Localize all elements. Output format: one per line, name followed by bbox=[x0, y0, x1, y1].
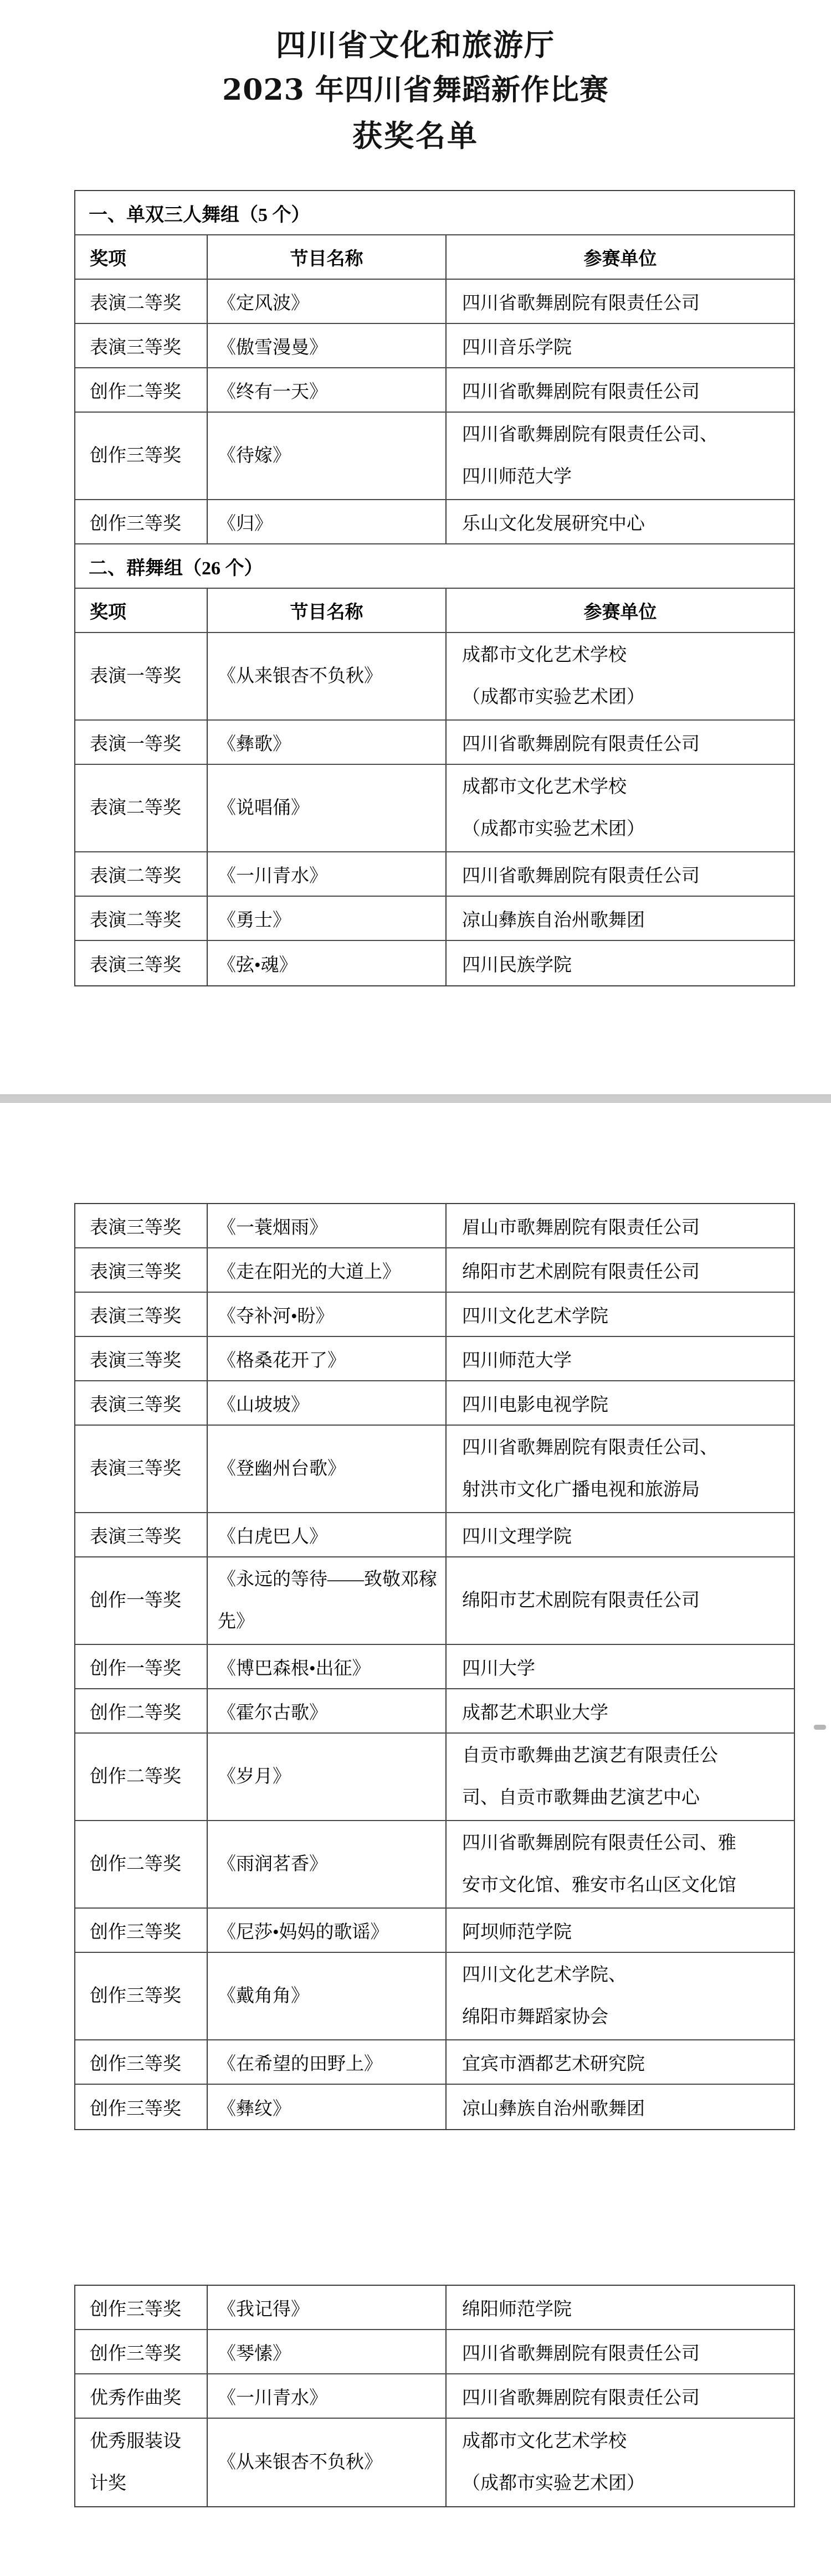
org-cell: 乐山文化发展研究中心 bbox=[447, 500, 794, 543]
title-cell: 《归》 bbox=[208, 500, 447, 543]
award-cell: 创作一等奖 bbox=[75, 1557, 208, 1644]
title-cell: 《雨润茗香》 bbox=[208, 1821, 447, 1907]
org-cell: 四川省歌舞剧院有限责任公司 bbox=[447, 368, 794, 412]
table-row: 创作三等奖《戴角角》四川文化艺术学院、绵阳市舞蹈家协会 bbox=[75, 1953, 794, 2040]
title-cell: 《我记得》 bbox=[208, 2286, 447, 2329]
org-cell: 四川省歌舞剧院有限责任公司、射洪市文化广播电视和旅游局 bbox=[447, 1426, 794, 1512]
award-cell: 优秀作曲奖 bbox=[75, 2374, 208, 2418]
org-cell: 四川师范大学 bbox=[447, 1337, 794, 1380]
table-row: 创作一等奖《博巴森根•出征》四川大学 bbox=[75, 1645, 794, 1689]
org-line: 四川音乐学院 bbox=[462, 333, 572, 359]
table-row: 优秀服装设计奖《从来银杏不负秋》成都市文化艺术学校（成都市实验艺术团） bbox=[75, 2419, 794, 2506]
org-cell: 绵阳师范学院 bbox=[447, 2286, 794, 2329]
column-header-row: 奖项节目名称参赛单位 bbox=[75, 589, 794, 633]
award-cell: 创作二等奖 bbox=[75, 1689, 208, 1732]
org-cell: 凉山彝族自治州歌舞团 bbox=[447, 2085, 794, 2129]
org-cell: 四川音乐学院 bbox=[447, 324, 794, 367]
org-cell: 成都市文化艺术学校（成都市实验艺术团） bbox=[447, 2419, 794, 2506]
org-line: 阿坝师范学院 bbox=[462, 1917, 572, 1943]
award-cell: 表演三等奖 bbox=[75, 1293, 208, 1336]
org-cell: 四川大学 bbox=[447, 1645, 794, 1688]
org-cell: 四川省歌舞剧院有限责任公司 bbox=[447, 721, 794, 764]
award-cell: 表演二等奖 bbox=[75, 280, 208, 323]
title-cell: 《终有一天》 bbox=[208, 368, 447, 412]
org-line: 凉山彝族自治州歌舞团 bbox=[462, 906, 645, 932]
title-cell: 《格桑花开了》 bbox=[208, 1337, 447, 1380]
title-cell: 《定风波》 bbox=[208, 280, 447, 323]
title-cell: 《傲雪漫曼》 bbox=[208, 324, 447, 367]
award-cell: 创作三等奖 bbox=[75, 2286, 208, 2329]
org-cell: 四川民族学院 bbox=[447, 941, 794, 985]
org-cell: 四川文化艺术学院 bbox=[447, 1293, 794, 1336]
title-cell: 《从来银杏不负秋》 bbox=[208, 633, 447, 719]
table-row: 创作二等奖《霍尔古歌》成都艺术职业大学 bbox=[75, 1689, 794, 1734]
title-cell: 《在希望的田野上》 bbox=[208, 2040, 447, 2084]
table-row: 表演一等奖《彝歌》四川省歌舞剧院有限责任公司 bbox=[75, 721, 794, 765]
org-cell: 四川省歌舞剧院有限责任公司 bbox=[447, 852, 794, 896]
org-cell: 眉山市歌舞剧院有限责任公司 bbox=[447, 1204, 794, 1247]
table-row: 表演二等奖《定风波》四川省歌舞剧院有限责任公司 bbox=[75, 280, 794, 324]
title-cell: 《琴愫》 bbox=[208, 2330, 447, 2373]
org-cell: 四川省歌舞剧院有限责任公司、雅安市文化馆、雅安市名山区文化馆 bbox=[447, 1821, 794, 1907]
column-header-org: 参赛单位 bbox=[447, 235, 794, 279]
org-line: 凉山彝族自治州歌舞团 bbox=[462, 2094, 645, 2120]
org-cell: 成都市文化艺术学校（成都市实验艺术团） bbox=[447, 765, 794, 851]
table-row: 表演三等奖《山坡坡》四川电影电视学院 bbox=[75, 1381, 794, 1426]
column-header-org: 参赛单位 bbox=[447, 589, 794, 632]
award-cell: 表演二等奖 bbox=[75, 852, 208, 896]
award-cell: 创作三等奖 bbox=[75, 1909, 208, 1952]
org-line: 四川省歌舞剧院有限责任公司 bbox=[462, 729, 700, 755]
org-line: 四川民族学院 bbox=[462, 950, 572, 976]
org-cell: 四川文化艺术学院、绵阳市舞蹈家协会 bbox=[447, 1953, 794, 2039]
org-cell: 绵阳市艺术剧院有限责任公司 bbox=[447, 1557, 794, 1644]
org-cell: 成都市文化艺术学校（成都市实验艺术团） bbox=[447, 633, 794, 719]
org-line: 射洪市文化广播电视和旅游局 bbox=[462, 1469, 700, 1511]
title-cell: 《尼莎•妈妈的歌谣》 bbox=[208, 1909, 447, 1952]
column-header-award: 奖项 bbox=[75, 589, 208, 632]
org-line: 四川省歌舞剧院有限责任公司 bbox=[462, 377, 700, 403]
org-line: 安市文化馆、雅安市名山区文化馆 bbox=[462, 1864, 736, 1906]
table-row: 创作三等奖《琴愫》四川省歌舞剧院有限责任公司 bbox=[75, 2330, 794, 2374]
org-line: 绵阳市艺术剧院有限责任公司 bbox=[462, 1580, 700, 1622]
award-cell: 创作三等奖 bbox=[75, 1953, 208, 2039]
award-cell: 表演三等奖 bbox=[75, 1381, 208, 1425]
org-cell: 四川省歌舞剧院有限责任公司、四川师范大学 bbox=[447, 413, 794, 499]
org-line: 四川省歌舞剧院有限责任公司 bbox=[462, 2383, 700, 2409]
awards-table-page-3: 创作三等奖《我记得》绵阳师范学院创作三等奖《琴愫》四川省歌舞剧院有限责任公司优秀… bbox=[74, 2285, 795, 2507]
award-cell: 表演三等奖 bbox=[75, 1204, 208, 1247]
award-cell: 创作三等奖 bbox=[75, 2085, 208, 2129]
award-cell: 表演三等奖 bbox=[75, 1426, 208, 1512]
org-line: 四川省歌舞剧院有限责任公司、 bbox=[462, 414, 718, 456]
award-cell: 表演三等奖 bbox=[75, 324, 208, 367]
table-row: 表演三等奖《白虎巴人》四川文理学院 bbox=[75, 1513, 794, 1557]
table-row: 创作三等奖《归》乐山文化发展研究中心 bbox=[75, 500, 794, 544]
title-cell: 《一川青水》 bbox=[208, 2374, 447, 2418]
org-line: （成都市实验艺术团） bbox=[462, 808, 645, 850]
table-row: 表演一等奖《从来银杏不负秋》成都市文化艺术学校（成都市实验艺术团） bbox=[75, 633, 794, 721]
award-cell: 创作二等奖 bbox=[75, 368, 208, 412]
table-row: 表演三等奖《走在阳光的大道上》绵阳市艺术剧院有限责任公司 bbox=[75, 1248, 794, 1293]
org-line: 宜宾市酒都艺术研究院 bbox=[462, 2049, 645, 2075]
award-cell: 创作二等奖 bbox=[75, 1821, 208, 1907]
org-cell: 四川省歌舞剧院有限责任公司 bbox=[447, 280, 794, 323]
award-cell: 创作三等奖 bbox=[75, 500, 208, 543]
org-line: 四川省歌舞剧院有限责任公司 bbox=[462, 861, 700, 887]
award-cell: 创作三等奖 bbox=[75, 413, 208, 499]
section-heading-row: 二、群舞组（26 个） bbox=[75, 544, 794, 589]
org-cell: 四川省歌舞剧院有限责任公司 bbox=[447, 2330, 794, 2373]
table-row: 表演三等奖《夺补河•盼》四川文化艺术学院 bbox=[75, 1293, 794, 1337]
table-row: 创作二等奖《雨润茗香》四川省歌舞剧院有限责任公司、雅安市文化馆、雅安市名山区文化… bbox=[75, 1821, 794, 1909]
document-title: 四川省文化和旅游厅 2023 年四川省舞蹈新作比赛 获奖名单 bbox=[0, 22, 831, 158]
awards-table-page-1: 一、单双三人舞组（5 个）奖项节目名称参赛单位表演二等奖《定风波》四川省歌舞剧院… bbox=[74, 190, 795, 986]
title-cell: 《戴角角》 bbox=[208, 1953, 447, 2039]
award-cell: 表演三等奖 bbox=[75, 1248, 208, 1292]
org-line: 绵阳市舞蹈家协会 bbox=[462, 1996, 608, 2038]
award-cell: 表演三等奖 bbox=[75, 1337, 208, 1380]
title-cell: 《一川青水》 bbox=[208, 852, 447, 896]
title-cell: 《从来银杏不负秋》 bbox=[208, 2419, 447, 2506]
org-cell: 四川文理学院 bbox=[447, 1513, 794, 1556]
title-cell: 《勇士》 bbox=[208, 897, 447, 940]
section-heading: 二、群舞组（26 个） bbox=[89, 553, 263, 580]
section-heading: 一、单双三人舞组（5 个） bbox=[89, 199, 310, 227]
award-cell: 表演二等奖 bbox=[75, 765, 208, 851]
org-line: 乐山文化发展研究中心 bbox=[462, 509, 645, 535]
org-line: 四川省歌舞剧院有限责任公司、雅 bbox=[462, 1822, 736, 1864]
org-cell: 四川电影电视学院 bbox=[447, 1381, 794, 1425]
org-line: 自贡市歌舞曲艺演艺有限责任公 bbox=[462, 1735, 718, 1777]
title-cell: 《说唱俑》 bbox=[208, 765, 447, 851]
table-row: 创作二等奖《岁月》自贡市歌舞曲艺演艺有限责任公司、自贡市歌舞曲艺演艺中心 bbox=[75, 1734, 794, 1821]
title-cell: 《山坡坡》 bbox=[208, 1381, 447, 1425]
org-line: 四川省歌舞剧院有限责任公司 bbox=[462, 2339, 700, 2365]
title-cell: 《走在阳光的大道上》 bbox=[208, 1248, 447, 1292]
column-header-title: 节目名称 bbox=[208, 589, 447, 632]
award-cell: 表演一等奖 bbox=[75, 633, 208, 719]
title-cell: 《弦•魂》 bbox=[208, 941, 447, 985]
title-cell: 《彝歌》 bbox=[208, 721, 447, 764]
org-line: （成都市实验艺术团） bbox=[462, 2462, 645, 2505]
org-line: 四川师范大学 bbox=[462, 456, 572, 498]
award-cell: 表演三等奖 bbox=[75, 941, 208, 985]
table-row: 表演二等奖《一川青水》四川省歌舞剧院有限责任公司 bbox=[75, 852, 794, 897]
table-row: 创作三等奖《彝纹》凉山彝族自治州歌舞团 bbox=[75, 2085, 794, 2129]
section-heading-row: 一、单双三人舞组（5 个） bbox=[75, 191, 794, 235]
award-cell: 表演三等奖 bbox=[75, 1513, 208, 1556]
title-cell: 《霍尔古歌》 bbox=[208, 1689, 447, 1732]
document: 四川省文化和旅游厅 2023 年四川省舞蹈新作比赛 获奖名单 一、单双三人舞组（… bbox=[0, 0, 831, 2576]
award-cell: 表演一等奖 bbox=[75, 721, 208, 764]
table-row: 创作一等奖《永远的等待——致敬邓稼先》绵阳市艺术剧院有限责任公司 bbox=[75, 1557, 794, 1645]
title-cell: 《登幽州台歌》 bbox=[208, 1426, 447, 1512]
table-row: 创作三等奖《待嫁》四川省歌舞剧院有限责任公司、四川师范大学 bbox=[75, 413, 794, 500]
org-line: 成都艺术职业大学 bbox=[462, 1698, 608, 1724]
table-row: 创作三等奖《我记得》绵阳师范学院 bbox=[75, 2286, 794, 2330]
org-cell: 自贡市歌舞曲艺演艺有限责任公司、自贡市歌舞曲艺演艺中心 bbox=[447, 1734, 794, 1820]
award-cell: 创作三等奖 bbox=[75, 2040, 208, 2084]
org-cell: 宜宾市酒都艺术研究院 bbox=[447, 2040, 794, 2084]
award-cell: 优秀服装设计奖 bbox=[75, 2419, 208, 2506]
org-line: 四川文理学院 bbox=[462, 1522, 572, 1548]
table-row: 表演三等奖《弦•魂》四川民族学院 bbox=[75, 941, 794, 985]
org-cell: 四川省歌舞剧院有限责任公司 bbox=[447, 2374, 794, 2418]
title-line-1: 四川省文化和旅游厅 bbox=[0, 22, 831, 68]
org-line: 成都市文化艺术学校 bbox=[462, 634, 627, 676]
org-line: 绵阳市艺术剧院有限责任公司 bbox=[462, 1257, 700, 1283]
award-cell: 创作二等奖 bbox=[75, 1734, 208, 1820]
column-header-title: 节目名称 bbox=[208, 235, 447, 279]
title-cell: 《岁月》 bbox=[208, 1734, 447, 1820]
org-line: （成都市实验艺术团） bbox=[462, 676, 645, 718]
title-cell: 《彝纹》 bbox=[208, 2085, 447, 2129]
table-row: 表演三等奖《傲雪漫曼》四川音乐学院 bbox=[75, 324, 794, 368]
title-cell: 《夺补河•盼》 bbox=[208, 1293, 447, 1336]
page-break-divider bbox=[0, 1094, 831, 1103]
table-row: 表演三等奖《一蓑烟雨》眉山市歌舞剧院有限责任公司 bbox=[75, 1204, 794, 1248]
table-row: 表演三等奖《登幽州台歌》四川省歌舞剧院有限责任公司、射洪市文化广播电视和旅游局 bbox=[75, 1426, 794, 1513]
table-row: 表演三等奖《格桑花开了》四川师范大学 bbox=[75, 1337, 794, 1381]
org-line: 四川省歌舞剧院有限责任公司、 bbox=[462, 1427, 718, 1469]
org-cell: 阿坝师范学院 bbox=[447, 1909, 794, 1952]
awards-table-page-2: 表演三等奖《一蓑烟雨》眉山市歌舞剧院有限责任公司表演三等奖《走在阳光的大道上》绵… bbox=[74, 1203, 795, 2130]
table-row: 表演二等奖《说唱俑》成都市文化艺术学校（成都市实验艺术团） bbox=[75, 765, 794, 852]
title-cell: 《白虎巴人》 bbox=[208, 1513, 447, 1556]
org-line: 四川省歌舞剧院有限责任公司 bbox=[462, 289, 700, 315]
org-line: 成都市文化艺术学校 bbox=[462, 2420, 627, 2462]
org-line: 四川师范大学 bbox=[462, 1346, 572, 1372]
table-row: 优秀作曲奖《一川青水》四川省歌舞剧院有限责任公司 bbox=[75, 2374, 794, 2419]
org-cell: 凉山彝族自治州歌舞团 bbox=[447, 897, 794, 940]
title-cell: 《待嫁》 bbox=[208, 413, 447, 499]
title-cell: 《博巴森根•出征》 bbox=[208, 1645, 447, 1688]
column-header-row: 奖项节目名称参赛单位 bbox=[75, 235, 794, 280]
org-cell: 成都艺术职业大学 bbox=[447, 1689, 794, 1732]
org-line: 眉山市歌舞剧院有限责任公司 bbox=[462, 1213, 700, 1239]
title-cell: 《永远的等待——致敬邓稼先》 bbox=[208, 1557, 447, 1644]
org-cell: 绵阳市艺术剧院有限责任公司 bbox=[447, 1248, 794, 1292]
org-line: 司、自贡市歌舞曲艺演艺中心 bbox=[462, 1777, 700, 1819]
title-line-2: 2023 年四川省舞蹈新作比赛 bbox=[0, 68, 831, 113]
title-cell: 《一蓑烟雨》 bbox=[208, 1204, 447, 1247]
org-line: 四川文化艺术学院 bbox=[462, 1302, 608, 1328]
scrollbar-thumb[interactable] bbox=[814, 1725, 826, 1730]
table-row: 创作二等奖《终有一天》四川省歌舞剧院有限责任公司 bbox=[75, 368, 794, 413]
award-cell: 表演二等奖 bbox=[75, 897, 208, 940]
org-line: 四川电影电视学院 bbox=[462, 1390, 608, 1416]
table-row: 表演二等奖《勇士》凉山彝族自治州歌舞团 bbox=[75, 897, 794, 941]
org-line: 成都市文化艺术学校 bbox=[462, 766, 627, 808]
table-row: 创作三等奖《尼莎•妈妈的歌谣》阿坝师范学院 bbox=[75, 1909, 794, 1953]
org-line: 绵阳师范学院 bbox=[462, 2295, 572, 2321]
award-cell: 创作一等奖 bbox=[75, 1645, 208, 1688]
award-cell: 创作三等奖 bbox=[75, 2330, 208, 2373]
table-row: 创作三等奖《在希望的田野上》宜宾市酒都艺术研究院 bbox=[75, 2040, 794, 2085]
org-line: 四川大学 bbox=[462, 1654, 535, 1680]
title-line-3: 获奖名单 bbox=[0, 113, 831, 158]
column-header-award: 奖项 bbox=[75, 235, 208, 279]
org-line: 四川文化艺术学院、 bbox=[462, 1954, 627, 1996]
